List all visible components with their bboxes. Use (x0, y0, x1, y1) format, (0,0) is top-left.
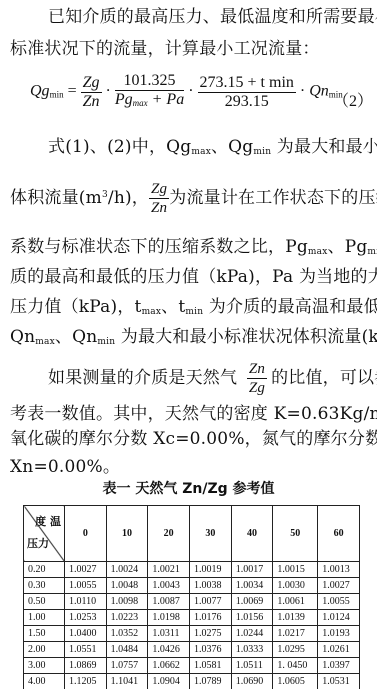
paragraph-2-line-5: 压力值（kPa)，tmax、tmin 为介质的最高温和最低温， (10, 296, 369, 323)
corner-cell: 度 温 压力 (24, 506, 65, 562)
value-cell: 1.1205 (65, 674, 107, 689)
value-cell: 1.0156 (231, 610, 273, 626)
value-cell: 1.0124 (318, 610, 360, 626)
pressure-cell: 1.00 (24, 610, 65, 626)
sub: min (253, 147, 271, 157)
pa: + Pa (148, 91, 185, 108)
value-cell: 1.0789 (190, 674, 232, 689)
text: 、Qg (211, 137, 253, 157)
dot: · (300, 83, 309, 100)
pressure-label: 压力 (27, 536, 49, 551)
value-cell: 1.0581 (190, 658, 232, 674)
pressure-cell: 0.30 (24, 578, 65, 594)
pressure-cell: 3.00 (24, 658, 65, 674)
paragraph-1-line-2: 标准状况下的流量，计算最小工况流量： (10, 38, 369, 60)
value-cell: 1.0013 (318, 562, 360, 578)
value-cell: 1.0531 (318, 674, 360, 689)
value-cell: 1.0030 (273, 578, 318, 594)
value-cell: 1.0244 (231, 626, 273, 642)
text: 、Pg (328, 237, 368, 257)
zn-zg-reference-table: 度 温 压力 0 10 20 30 40 50 60 0.201.00271.0… (23, 505, 360, 689)
pg-sub: max (133, 98, 148, 108)
temperature-label: 度 温 (35, 514, 61, 529)
text: 式(1)、(2)中，Qg (48, 137, 191, 157)
value-cell: 1.0017 (231, 562, 273, 578)
formula-lhs: Qg (30, 83, 50, 100)
table-row: 1.001.02531.02231.01981.01761.01561.0139… (24, 610, 360, 626)
value-cell: 1.0295 (273, 642, 318, 658)
value-cell: 1.0043 (148, 578, 190, 594)
value-cell: 1.0034 (231, 578, 273, 594)
sub: min (97, 337, 115, 347)
value-cell: 1.0352 (106, 626, 148, 642)
paragraph-3-line-4: Xn=0.00%。 (10, 456, 369, 478)
value-cell: 1.0021 (148, 562, 190, 578)
text: 系数与标准状态下的压缩系数之比，Pg (10, 237, 308, 257)
value-cell: 1.0139 (273, 610, 318, 626)
text: 体积流量(m (10, 188, 102, 208)
value-cell: 1.0311 (148, 626, 190, 642)
text: Qn (10, 327, 35, 347)
value-cell: 1.0275 (190, 626, 232, 642)
value-cell: 1.0376 (190, 642, 232, 658)
value-cell: 1.0038 (190, 578, 232, 594)
frac-den: Zn (81, 93, 102, 111)
frac-den: Zg (247, 379, 267, 397)
paragraph-3-line-2: 考表一数值。其中，天然气的密度 K=0.63Kg/m3，二 (10, 400, 369, 425)
frac-num: Zg (81, 74, 102, 93)
value-cell: 1.0098 (106, 594, 148, 610)
text: 考表一数值。其中，天然气的密度 K=0.63Kg/m (10, 404, 377, 424)
pressure-cell: 0.20 (24, 562, 65, 578)
fraction-zg-zn-inline: ZgZn (149, 180, 169, 217)
fraction-pressure: 101.325Pgmax + Pa (115, 72, 184, 112)
sub: max (35, 337, 55, 347)
value-cell: 1.0061 (273, 594, 318, 610)
column-header: 50 (273, 506, 318, 562)
text: 、t (161, 297, 185, 317)
formula-2: Qgmin = ZgZn · 101.325Pgmax + Pa · 273.1… (30, 72, 343, 112)
pg: Pg (115, 91, 133, 108)
value-cell: 1.0605 (273, 674, 318, 689)
value-cell: 1.0662 (148, 658, 190, 674)
column-header: 30 (190, 506, 232, 562)
value-cell: 1.0511 (231, 658, 273, 674)
fraction-zn-zg-inline: ZnZg (247, 360, 267, 397)
fraction-zg-zn: ZgZn (81, 74, 102, 111)
value-cell: 1.0019 (190, 562, 232, 578)
value-cell: 1.0757 (106, 658, 148, 674)
formula-lhs-sub: min (50, 90, 64, 100)
pressure-cell: 1.50 (24, 626, 65, 642)
value-cell: 1. 0450 (273, 658, 318, 674)
frac-den: Zn (149, 199, 169, 217)
table-row: 2.001.05511.04841.04261.03761.03331.0295… (24, 642, 360, 658)
value-cell: 1.0077 (190, 594, 232, 610)
formula-equals: = (64, 83, 81, 100)
table-row: 0.301.00551.00481.00431.00381.00341.0030… (24, 578, 360, 594)
value-cell: 1.0198 (148, 610, 190, 626)
column-header: 40 (231, 506, 273, 562)
value-cell: 1.0869 (65, 658, 107, 674)
text: /h)， (108, 188, 149, 208)
sub: max (142, 307, 162, 317)
value-cell: 1.0027 (318, 578, 360, 594)
value-cell: 1.0261 (318, 642, 360, 658)
value-cell: 1.0193 (318, 626, 360, 642)
equation-number: （2） (333, 88, 373, 111)
frac-den: 293.15 (198, 93, 296, 111)
value-cell: 1.0055 (65, 578, 107, 594)
table-row: 0.201.00271.00241.00211.00191.00171.0015… (24, 562, 360, 578)
paragraph-2-line-3: 系数与标准状态下的压缩系数之比，Pgmax、Pgmin 为介 (10, 236, 369, 263)
sub: max (308, 247, 328, 257)
value-cell: 1.0484 (106, 642, 148, 658)
value-cell: 1.0024 (106, 562, 148, 578)
value-cell: 1.0397 (318, 658, 360, 674)
frac-num: 273.15 + t min (198, 74, 296, 93)
paragraph-1-line-1: 已知介质的最高压力、最低温度和所需要最小 (48, 6, 369, 28)
value-cell: 1.0426 (148, 642, 190, 658)
paragraph-3-line-1: 如果测量的介质是天然气 ZnZg的比值，可以参 (48, 360, 369, 397)
table-row: 0.501.01101.00981.00871.00771.00691.0061… (24, 594, 360, 610)
value-cell: 1.0253 (65, 610, 107, 626)
column-header: 0 (65, 506, 107, 562)
text: 为最大和最小的工况 (271, 137, 377, 157)
text: 为最大和最小标准状况体积流量(kPa)。 (115, 327, 377, 347)
sub: min (185, 307, 203, 317)
column-header: 20 (148, 506, 190, 562)
text: 压力值（kPa)，t (10, 297, 142, 317)
paragraph-2-line-2: 体积流量(m3/h)，ZgZn为流量计在工作状态下的压缩 (10, 180, 369, 217)
fraction-temperature: 273.15 + t min293.15 (198, 74, 296, 111)
column-header: 10 (106, 506, 148, 562)
text: 为介质的最高温和最低温， (203, 297, 377, 317)
value-cell: 1.0048 (106, 578, 148, 594)
value-cell: 1.0110 (65, 594, 107, 610)
formula-rhs: Qn (309, 83, 329, 100)
value-cell: 1.0055 (318, 594, 360, 610)
value-cell: 1.0400 (65, 626, 107, 642)
frac-num: Zn (247, 360, 267, 379)
sub: min (367, 247, 377, 257)
value-cell: 1.0551 (65, 642, 107, 658)
paragraph-2-line-6: Qnmax、Qnmin 为最大和最小标准状况体积流量(kPa)。 (10, 326, 369, 353)
frac-num: 101.325 (115, 72, 184, 91)
table-row: 4.001.12051.10411.09041.07891.06901.0605… (24, 674, 360, 689)
value-cell: 1.1041 (106, 674, 148, 689)
value-cell: 1.0904 (148, 674, 190, 689)
value-cell: 1.0069 (231, 594, 273, 610)
table-row: 1.501.04001.03521.03111.02751.02441.0217… (24, 626, 360, 642)
table-row: 3.001.08691.07571.06621.05811.05111. 045… (24, 658, 360, 674)
dot: · (106, 83, 115, 100)
value-cell: 1.0015 (273, 562, 318, 578)
pressure-cell: 4.00 (24, 674, 65, 689)
paragraph-2-line-1: 式(1)、(2)中，Qgmax、Qgmin 为最大和最小的工况 (48, 136, 369, 163)
value-cell: 1.0217 (273, 626, 318, 642)
sub: max (191, 147, 211, 157)
table-header-row: 度 温 压力 0 10 20 30 40 50 60 (24, 506, 360, 562)
value-cell: 1.0690 (231, 674, 273, 689)
value-cell: 1.0176 (190, 610, 232, 626)
column-header: 60 (318, 506, 360, 562)
table-title: 表一 天然气 Zn/Zg 参考值 (0, 478, 377, 498)
frac-num: Zg (149, 180, 169, 199)
pressure-cell: 0.50 (24, 594, 65, 610)
text: 、Qn (55, 327, 98, 347)
value-cell: 1.0027 (65, 562, 107, 578)
value-cell: 1.0087 (148, 594, 190, 610)
text: 为流量计在工作状态下的压缩 (169, 188, 377, 208)
paragraph-3-line-3: 氧化碳的摩尔分数 Xc=0.00%，氮气的摩尔分数 (10, 428, 369, 450)
text: 如果测量的介质是天然气 (48, 368, 237, 388)
pressure-cell: 2.00 (24, 642, 65, 658)
value-cell: 1.0223 (106, 610, 148, 626)
dot: · (188, 83, 197, 100)
paragraph-2-line-4: 质的最高和最低的压力值（kPa)，Pa 为当地的大气 (10, 266, 369, 288)
value-cell: 1.0333 (231, 642, 273, 658)
frac-den: Pgmax + Pa (115, 91, 184, 112)
text: 的比值，可以参 (271, 368, 377, 388)
